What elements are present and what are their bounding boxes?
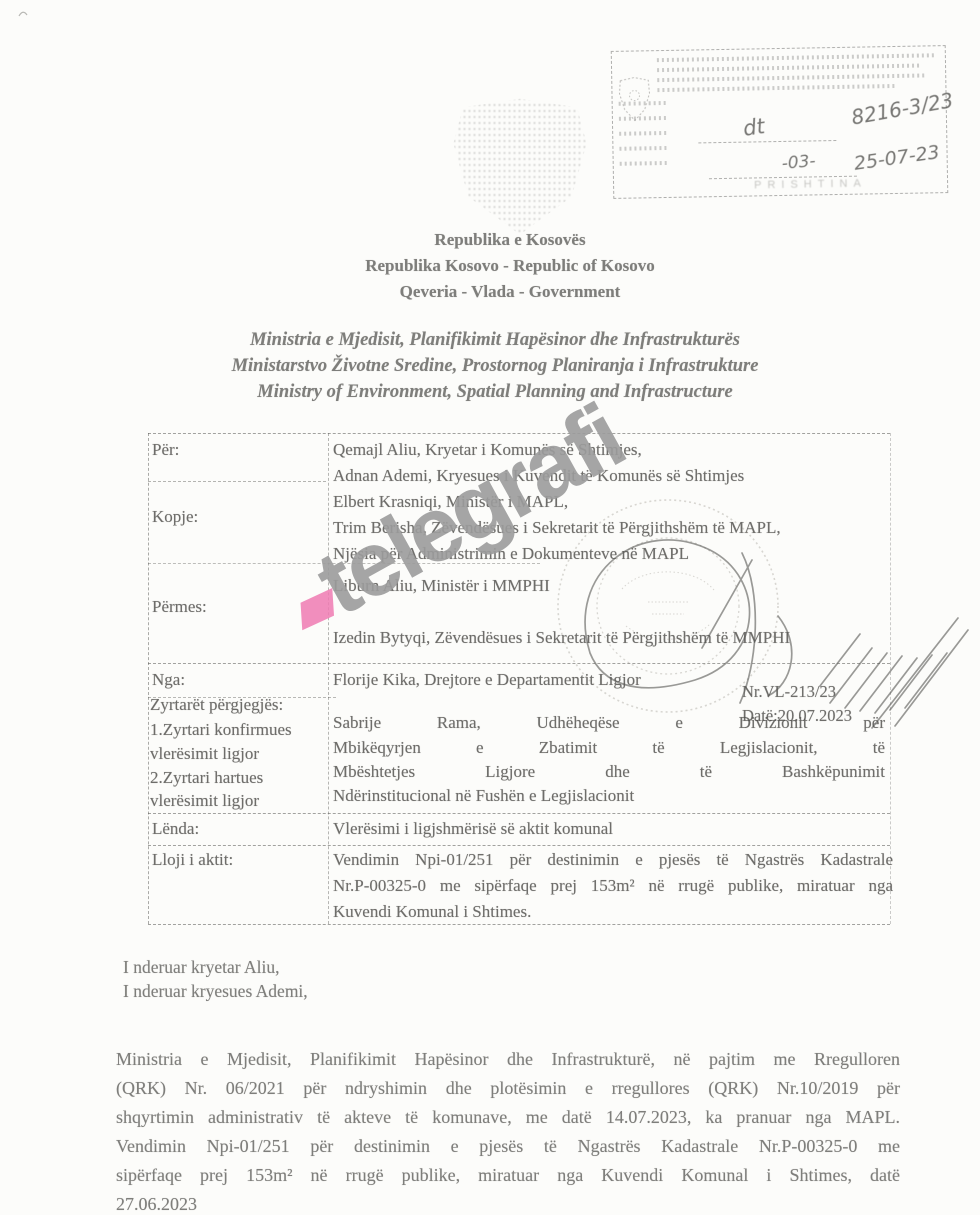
stamp-underline (698, 140, 836, 143)
responsible-official-line: Ndërinstitucional në Fushën e Legjislaci… (333, 786, 634, 806)
body-paragraph-line: Ministria e Mjedisit, Planifikimit Hapës… (116, 1045, 900, 1074)
coat-of-arms-icon (452, 96, 588, 236)
via-line: Izedin Bytyqi, Zëvendësues i Sekretarit … (333, 628, 790, 648)
label-vleresimit-ligjor-2: vlerësimit ligjor (150, 791, 259, 811)
responsible-official-line: Mbikëqyrjen e Zbatimit të Legjislacionit… (333, 738, 885, 758)
subject-value: Vlerësimi i ligjshmërisë së aktit komuna… (333, 819, 613, 839)
table-border-left (148, 433, 149, 924)
act-type-line: Nr.P-00325-0 me sipërfaqe prej 153m² në … (333, 876, 893, 896)
stamp-city-label: PRISHTINA (754, 177, 867, 191)
label-permes: Përmes: (152, 597, 207, 617)
label-lloji-i-aktit: Lloji i aktit: (152, 850, 233, 870)
body-paragraph-line: (QRK) Nr. 06/2021 për ndryshimin dhe plo… (116, 1074, 900, 1103)
header-line-republika-e-kosoves: Republika e Kosovës (150, 230, 870, 250)
table-border-per-kopje (148, 481, 326, 482)
stamp-entry-handwriting: dt (742, 114, 767, 141)
responsible-official-line: Mbështetjes Ligjore dhe të Bashkëpunimit (333, 762, 885, 782)
salutation-line: I nderuar kryetar Aliu, (123, 957, 279, 978)
label-zyrtari-konfirmues: 1.Zyrtari konfirmues (150, 720, 292, 740)
label-kopje: Kopje: (152, 507, 198, 527)
label-lenda: Lënda: (152, 819, 199, 839)
table-border-bottom (148, 924, 890, 925)
ministry-name-albanian: Ministria e Mjedisit, Planifikimit Hapës… (95, 330, 895, 351)
reference-number: Nr.VL-213/23 (742, 680, 836, 704)
table-border-middle (328, 433, 329, 924)
stamp-date-handwriting: 25-07-23 (853, 141, 941, 175)
scanned-document-page: dt 8216-3/23 -03- 25-07-23 PRISHTINA Rep… (0, 0, 980, 1215)
table-border-above-lenda (148, 813, 890, 814)
header-line-government: Qeveria - Vlada - Government (150, 282, 870, 302)
from-value: Florije Kika, Drejtore e Departamentit L… (333, 670, 641, 690)
responsible-official-line: Sabrije Rama, Udhëheqëse e Divizionit pë… (333, 713, 885, 733)
table-border-permes-nga (148, 663, 890, 664)
body-paragraph-line: shqyrtimin administrativ të akteve të ko… (116, 1103, 900, 1132)
label-nga: Nga: (152, 670, 185, 690)
stamp-middle-handwriting: -03- (781, 151, 817, 174)
body-paragraph-line: 27.06.2023 (116, 1190, 900, 1215)
act-type-line: Kuvendi Komunal i Shtimes. (333, 902, 531, 922)
label-per: Për: (152, 440, 179, 460)
table-border-lenda-lloji (148, 845, 890, 846)
corner-scan-mark-icon (16, 6, 38, 20)
header-line-republic-of-kosovo: Republika Kosovo - Republic of Kosovo (150, 256, 870, 276)
body-paragraph-line: sipërfaqe prej 153m² në rrugë publike, m… (116, 1161, 900, 1190)
stamp-header-dotted-text (657, 53, 940, 98)
act-type-line: Vendimin Npi-01/251 për destinimin e pje… (333, 850, 893, 870)
registry-stamp-box: dt 8216-3/23 -03- 25-07-23 PRISHTINA (611, 45, 949, 199)
salutation-line: I nderuar kryesues Ademi, (123, 981, 308, 1002)
stamp-left-dotted-labels (619, 101, 675, 177)
body-paragraph-line: Vendimin Npi-01/251 për destinimin e pje… (116, 1132, 900, 1161)
label-zyrtaret-pergjegjes: Zyrtarët përgjegjës: (150, 695, 283, 715)
body-paragraph: Ministria e Mjedisit, Planifikimit Hapës… (116, 1045, 900, 1215)
label-vleresimit-ligjor-1: vlerësimit ligjor (150, 744, 259, 764)
ministry-name-serbian: Ministarstvo Životne Sredine, Prostornog… (95, 356, 895, 377)
ministry-name-english: Ministry of Environment, Spatial Plannin… (95, 382, 895, 403)
label-zyrtari-hartues: 2.Zyrtari hartues (150, 768, 263, 788)
